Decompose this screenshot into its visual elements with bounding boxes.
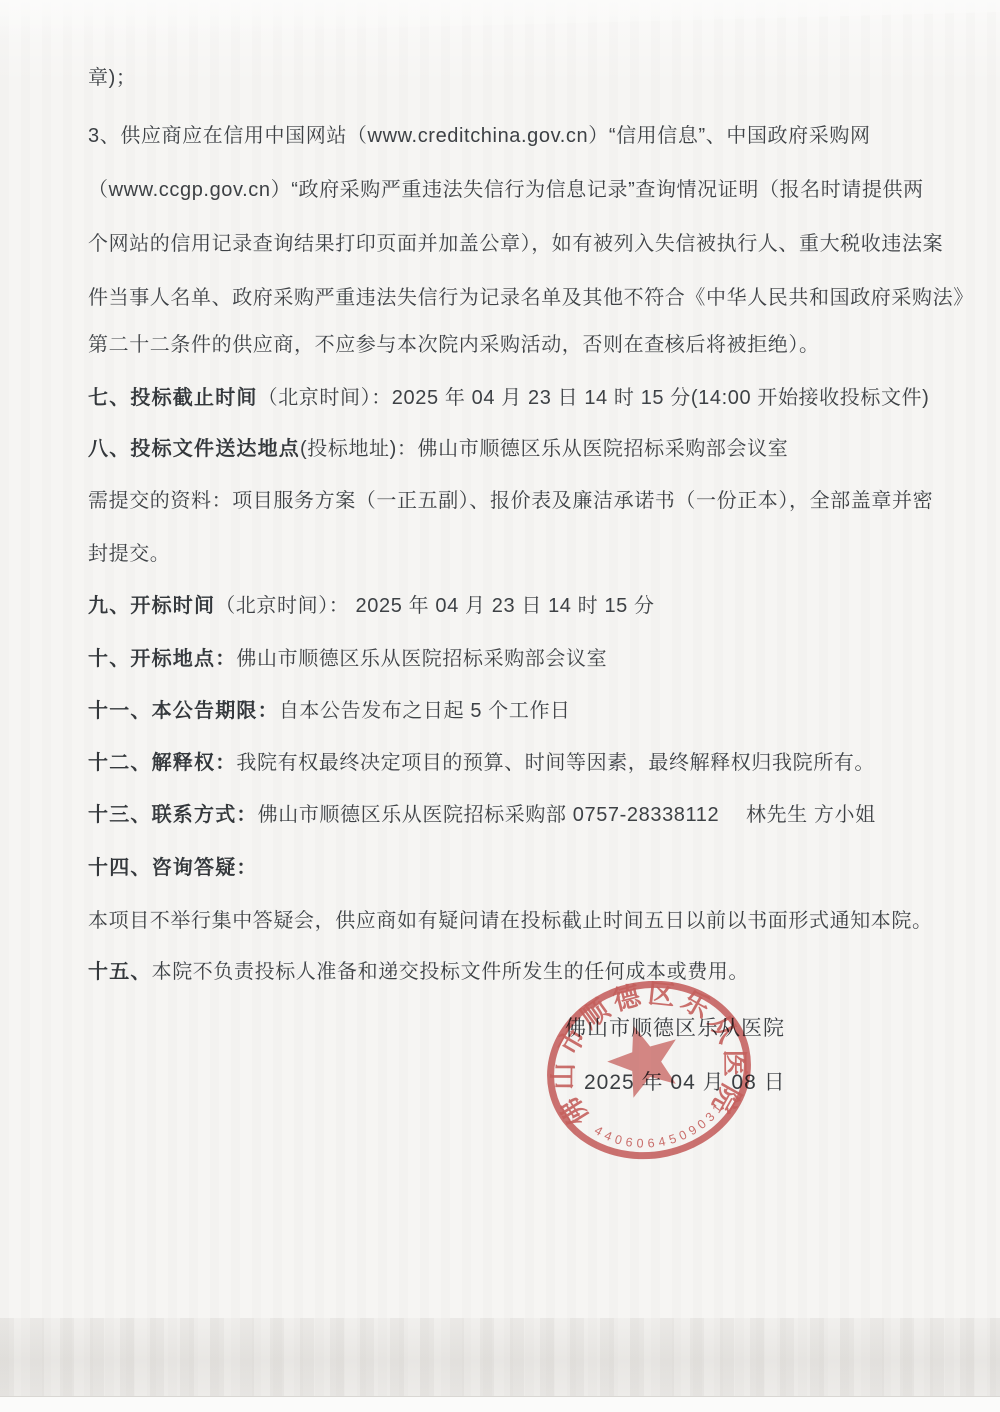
doc-line-notice-period: 十一、本公告期限：自本公告发布之日起 5 个工作日 [88, 697, 948, 725]
signature-date: 2025 年 04 月 08 日 [584, 1066, 786, 1096]
doc-line-bid-deadline: 七、投标截止时间（北京时间）：2025 年 04 月 23 日 14 时 15 … [88, 384, 948, 412]
doc-line: 需提交的资料：项目服务方案（一正五副）、报价表及廉洁承诺书（一份正本），全部盖章… [88, 487, 948, 515]
doc-line-qa: 十四、咨询答疑： [88, 854, 948, 882]
doc-line: 章)； [88, 64, 948, 92]
document-page: 章)； 3、供应商应在信用中国网站（www.creditchina.gov.cn… [0, 0, 1000, 1412]
doc-line: 本项目不举行集中答疑会，供应商如有疑问请在投标截止时间五日以前以书面形式通知本院… [88, 907, 948, 935]
doc-line-interpretation: 十二、解释权：我院有权最终决定项目的预算、时间等因素，最终解释权归我院所有。 [88, 749, 948, 777]
scan-bottom-shadow [0, 1318, 1000, 1396]
doc-line: 封提交。 [88, 540, 948, 568]
signature-org: 佛山市顺德区乐从医院 [565, 1012, 785, 1042]
svg-text:4406064509031: 4406064509031 [590, 1096, 734, 1162]
doc-line: 个网站的信用记录查询结果打印页面并加盖公章），如有被列入失信被执行人、重大税收违… [88, 230, 948, 258]
scan-bottom-edge [0, 1396, 1000, 1412]
seal-serial-number: 4406064509031 [590, 1096, 734, 1162]
doc-line-contact: 十三、联系方式：佛山市顺德区乐从医院招标采购部 0757-28338112 林先… [88, 801, 948, 829]
doc-line: 3、供应商应在信用中国网站（www.creditchina.gov.cn）“信用… [88, 122, 948, 150]
scan-top-edge [0, 0, 1000, 40]
doc-line-open-time: 九、开标时间（北京时间）： 2025 年 04 月 23 日 14 时 15 分 [88, 592, 948, 620]
doc-line-open-place: 十、开标地点：佛山市顺德区乐从医院招标采购部会议室 [88, 645, 948, 673]
doc-line: 第二十二条件的供应商，不应参与本次院内采购活动，否则在查核后将被拒绝）。 [88, 331, 948, 359]
doc-line-delivery-place: 八、投标文件送达地点(投标地址)：佛山市顺德区乐从医院招标采购部会议室 [88, 435, 948, 463]
doc-line: （www.ccgp.gov.cn）“政府采购严重违法失信行为信息记录”查询情况证… [88, 176, 948, 204]
doc-line: 件当事人名单、政府采购严重违法失信行为记录名单及其他不符合《中华人民共和国政府采… [88, 284, 948, 312]
doc-line-costs: 十五、本院不负责投标人准备和递交投标文件所发生的任何成本或费用。 [88, 958, 948, 986]
